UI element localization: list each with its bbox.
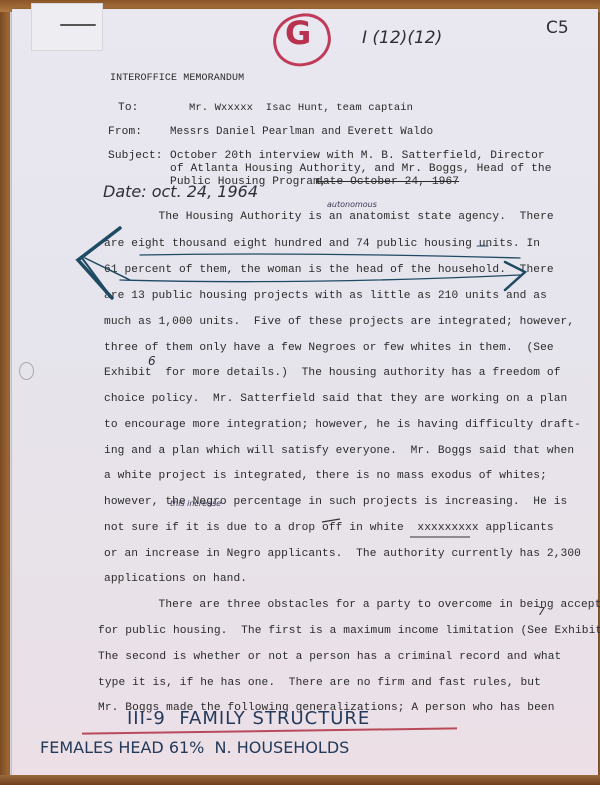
punch-hole bbox=[19, 362, 34, 380]
footer-heading-annotation: III-9 FAMILY STRUCTURE bbox=[127, 708, 370, 729]
footer-note-annotation: FEMALES HEAD 61% N. HOUSEHOLDS bbox=[40, 738, 349, 757]
highlight-arrow-annotation bbox=[0, 0, 600, 785]
